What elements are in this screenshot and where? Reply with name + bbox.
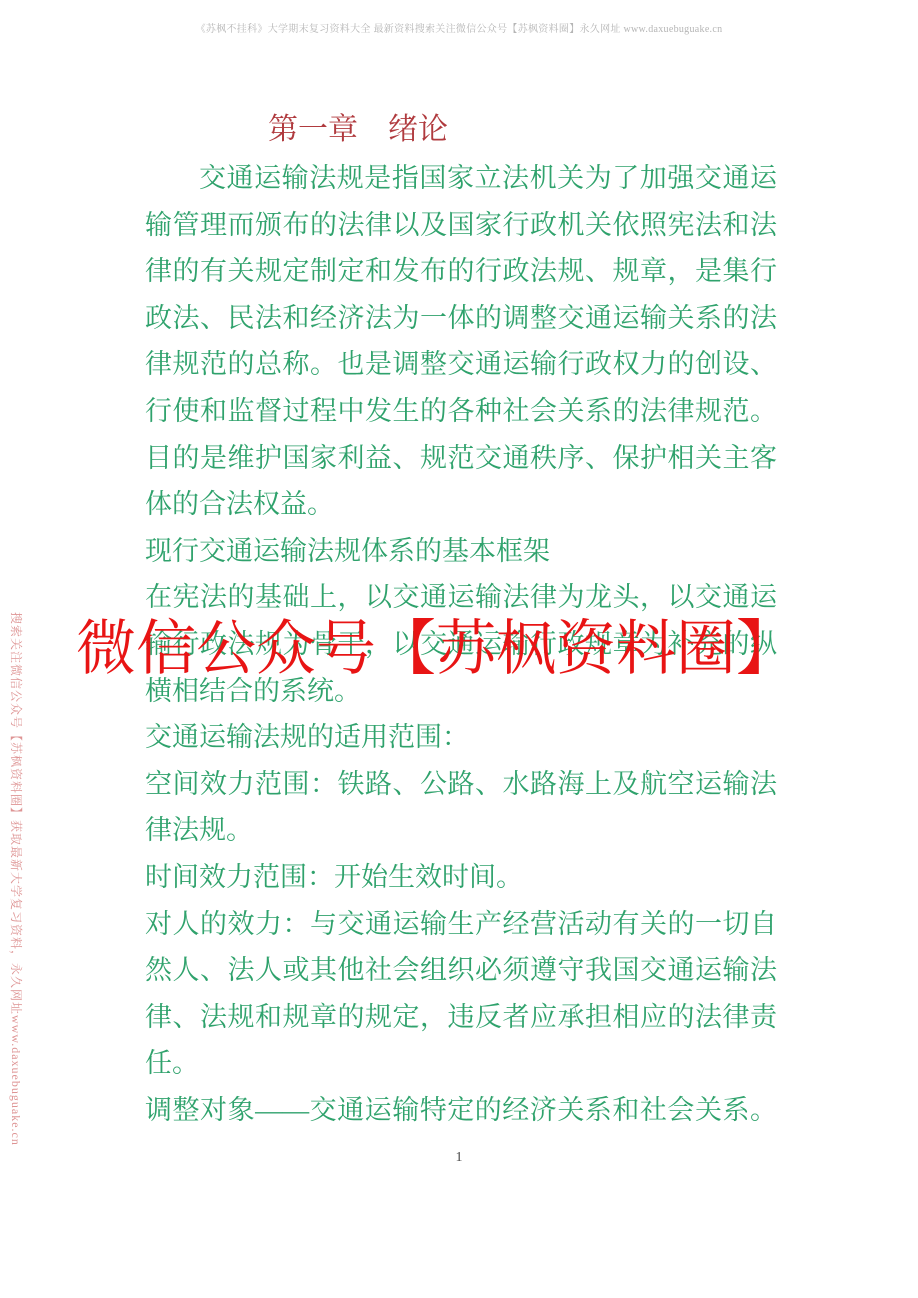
page-header-note: 《苏枫不挂科》大学期末复习资料大全 最新资料搜索关注微信公众号【苏枫资料圈】永久… [0,20,918,35]
text-line: 律、法规和规章的规定，违反者应承担相应的法律责 [145,994,777,1041]
text-line: 现行交通运输法规体系的基本框架 [145,528,777,575]
text-line: 交通运输法规的适用范围： [145,714,777,761]
text-line: 体的合法权益。 [145,481,777,528]
chapter-title: 第一章 绪论 [268,104,448,148]
text-line: 对人的效力：与交通运输生产经营活动有关的一切自 [145,901,777,948]
text-line: 目的是维护国家利益、规范交通秩序、保护相关主客 [145,435,777,482]
red-watermark-overlay: 微信公众号【苏枫资料圈】 [76,606,796,692]
text-line: 调整对象——交通运输特定的经济关系和社会关系。 [145,1087,777,1134]
text-line: 然人、法人或其他社会组织必须遵守我国交通运输法 [145,947,777,994]
text-line: 输管理而颁布的法律以及国家行政机关依照宪法和法 [145,202,777,249]
page-number: 1 [0,1150,918,1166]
text-line: 律法规。 [145,807,777,854]
text-line: 交通运输法规是指国家立法机关为了加强交通运 [145,155,777,202]
text-line: 时间效力范围：开始生效时间。 [145,854,777,901]
text-line: 律规范的总称。也是调整交通运输行政权力的创设、 [145,341,777,388]
text-line: 空间效力范围：铁路、公路、水路海上及航空运输法 [145,761,777,808]
text-line: 律的有关规定制定和发布的行政法规、规章，是集行 [145,248,777,295]
left-vertical-note: 搜索关注微信公众号【苏枫资料圈】获取最新大学复习资料，永久网址www.daxue… [8,612,25,1112]
document-page: 《苏枫不挂科》大学期末复习资料大全 最新资料搜索关注微信公众号【苏枫资料圈】永久… [0,0,918,1298]
text-line: 政法、民法和经济法为一体的调整交通运输关系的法 [145,295,777,342]
text-line: 任。 [145,1040,777,1087]
text-line: 行使和监督过程中发生的各种社会关系的法律规范。 [145,388,777,435]
